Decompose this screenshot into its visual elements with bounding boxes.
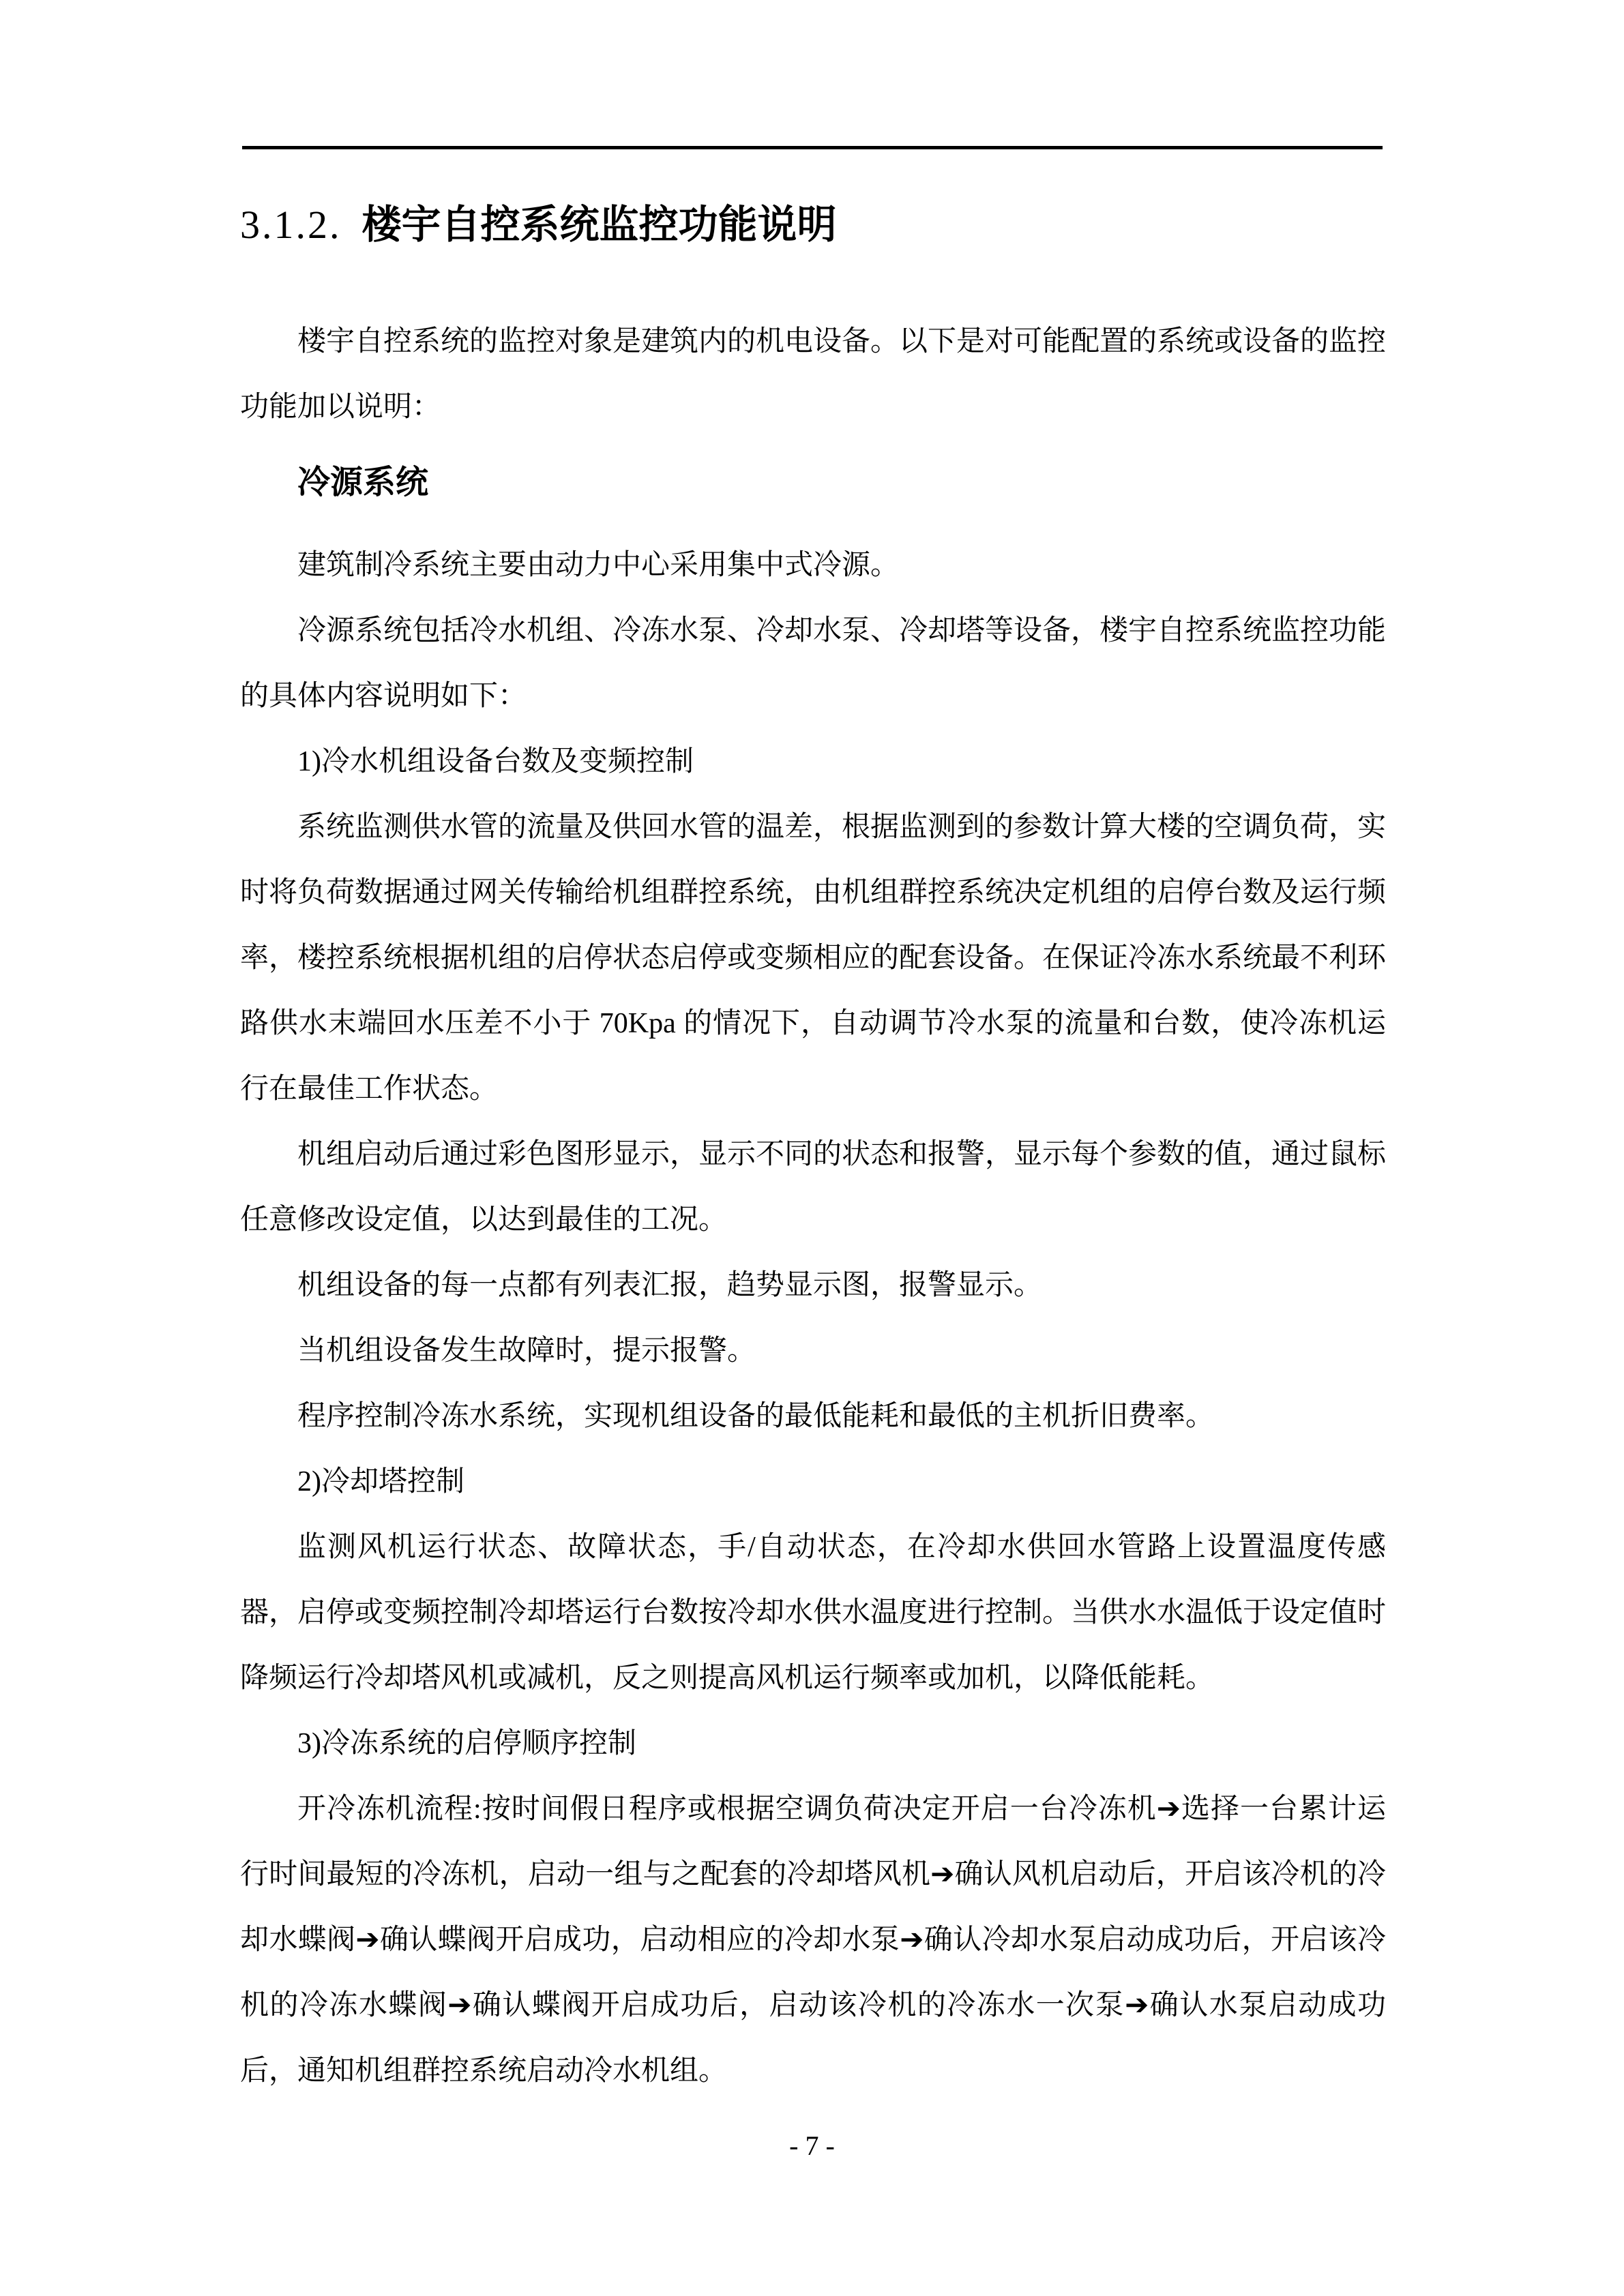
list-item-3-title: 3)冷冻系统的启停顺序控制	[240, 1711, 1386, 1776]
paragraph-program-control: 程序控制冷冻水系统，实现机组设备的最低能耗和最低的主机折旧费率。	[240, 1384, 1386, 1449]
page-footer: - 7 -	[0, 2129, 1624, 2163]
paragraph-system-scope: 冷源系统包括冷水机组、冷冻水泵、冷却水泵、冷却塔等设备，楼宇自控系统监控功能的具…	[240, 598, 1386, 729]
document-page: 3.1.2.楼宇自控系统监控功能说明 楼宇自控系统的监控对象是建筑内的机电设备。…	[0, 0, 1624, 2296]
paragraph-cold-source: 建筑制冷系统主要由动力中心采用集中式冷源。	[240, 533, 1386, 598]
paragraph-intro: 楼宇自控系统的监控对象是建筑内的机电设备。以下是对可能配置的系统或设备的监控功能…	[240, 309, 1386, 440]
paragraph-graphic-display: 机组启动后通过彩色图形显示，显示不同的状态和报警，显示每个参数的值，通过鼠标任意…	[240, 1122, 1386, 1253]
paragraph-point-report: 机组设备的每一点都有列表汇报，趋势显示图，报警显示。	[240, 1253, 1386, 1318]
paragraph-fault-alarm: 当机组设备发生故障时，提示报警。	[240, 1318, 1386, 1384]
paragraph-chiller-control: 系统监测供水管的流量及供回水管的温差，根据监测到的参数计算大楼的空调负荷，实时将…	[240, 794, 1386, 1122]
paragraph-cooling-tower: 监测风机运行状态、故障状态，手/自动状态，在冷却水供回水管路上设置温度传感器，启…	[240, 1515, 1386, 1711]
header-rule	[242, 146, 1383, 149]
body-content: 楼宇自控系统的监控对象是建筑内的机电设备。以下是对可能配置的系统或设备的监控功能…	[240, 309, 1386, 2104]
page-number: - 7 -	[789, 2130, 835, 2161]
section-heading: 3.1.2.楼宇自控系统监控功能说明	[240, 198, 837, 252]
paragraph-startup-sequence: 开冷冻机流程:按时间假日程序或根据空调负荷决定开启一台冷冻机➔选择一台累计运行时…	[240, 1776, 1386, 2104]
section-title: 楼宇自控系统监控功能说明	[362, 203, 837, 247]
list-item-2-title: 2)冷却塔控制	[240, 1449, 1386, 1515]
subsection-title: 冷源系统	[240, 450, 1386, 516]
section-number: 3.1.2.	[240, 203, 342, 247]
list-item-1-title: 1)冷水机组设备台数及变频控制	[240, 729, 1386, 794]
